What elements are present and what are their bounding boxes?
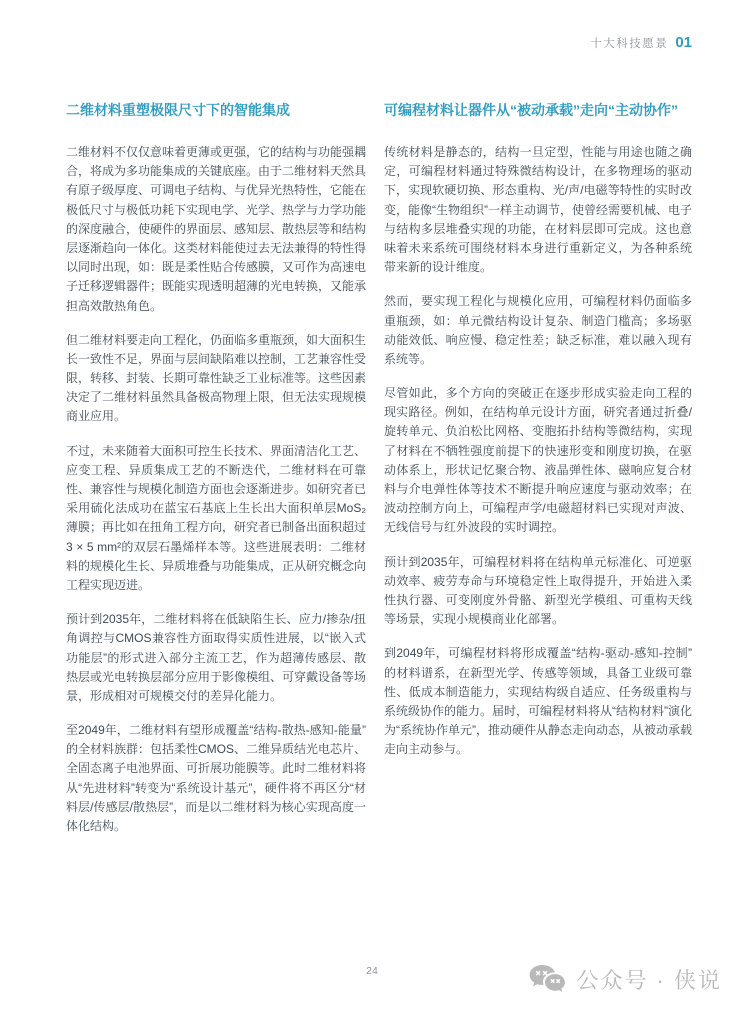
watermark: 公众号 · 侠说 <box>529 964 722 995</box>
watermark-text: 公众号 · 侠说 <box>576 964 722 995</box>
right-column: 可编程材料让器件从“被动承载”走向“主动协作” 传统材料是静态的，结构一旦定型，… <box>384 100 692 851</box>
body-paragraph: 到2049年，可编程材料将形成覆盖“结构-驱动-感知-控制”的材料谱系，在新型光… <box>384 644 692 759</box>
body-paragraph: 至2049年，二维材料有望形成覆盖“结构-散热-感知-能量”的全材料族群：包括柔… <box>66 721 366 836</box>
body-paragraph: 二维材料不仅仅意味着更薄或更强，它的结构与功能强耦合，将成为多功能集成的关键底座… <box>66 143 366 316</box>
content-columns: 二维材料重塑极限尺寸下的智能集成 二维材料不仅仅意味着更薄或更强，它的结构与功能… <box>66 100 692 851</box>
page-header: 十大科技愿景 01 <box>66 34 692 56</box>
header-section-number: 01 <box>675 34 692 51</box>
body-paragraph: 然而，要实现工程化与规模化应用，可编程材料仍面临多重瓶颈，如：单元微结构设计复杂… <box>384 292 692 369</box>
body-paragraph: 不过，未来随着大面积可控生长技术、界面清洁化工艺、应变工程、异质集成工艺的不断迭… <box>66 442 366 596</box>
report-page: 十大科技愿景 01 二维材料重塑极限尺寸下的智能集成 二维材料不仅仅意味着更薄或… <box>0 0 744 1009</box>
left-column-heading: 二维材料重塑极限尺寸下的智能集成 <box>66 100 366 121</box>
body-paragraph: 预计到2035年，可编程材料将在结构单元标准化、可逆驱动效率、疲劳寿命与环境稳定… <box>384 553 692 630</box>
header-section-title: 十大科技愿景 <box>590 35 668 51</box>
body-paragraph: 传统材料是静态的，结构一旦定型，性能与用途也随之确定，可编程材料通过特殊微结构设… <box>384 143 692 277</box>
body-paragraph: 预计到2035年，二维材料将在低缺陷生长、应力/掺杂/扭角调控与CMOS兼容性方… <box>66 610 366 706</box>
body-paragraph: 但二维材料要走向工程化，仍面临多重瓶颈，如大面积生长一致性不足，界面与层间缺陷难… <box>66 331 366 427</box>
right-column-heading: 可编程材料让器件从“被动承载”走向“主动协作” <box>384 100 692 121</box>
wechat-icon <box>529 964 566 995</box>
left-column: 二维材料重塑极限尺寸下的智能集成 二维材料不仅仅意味着更薄或更强，它的结构与功能… <box>66 100 366 851</box>
body-paragraph: 尽管如此，多个方向的突破正在逐步形成实验走向工程的现实路径。例如，在结构单元设计… <box>384 384 692 538</box>
